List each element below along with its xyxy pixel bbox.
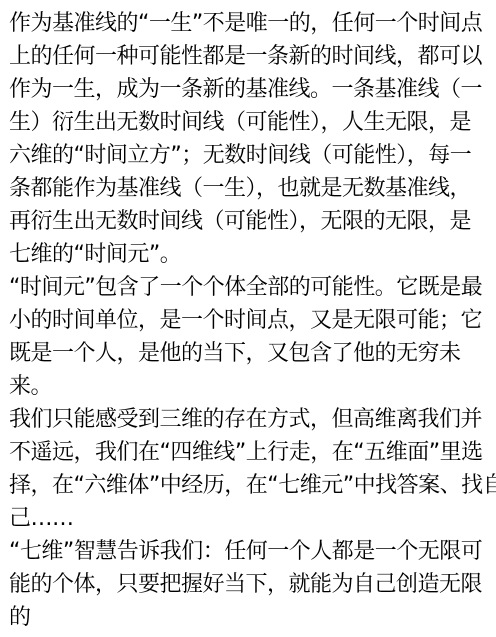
paragraph: “七维”智慧告诉我们：任何一个人都是一个无限可 能的个体，只要把握好当下，就能为… bbox=[9, 535, 488, 634]
text-line: 小的时间单位，是一个时间点，又是无限可能；它 bbox=[9, 304, 488, 337]
text-line: “时间元”包含了一个个体全部的可能性。它既是最 bbox=[9, 271, 488, 304]
text-line: 的 bbox=[9, 601, 488, 634]
text-line: 作为一生，成为一条新的基准线。一条基准线（一 bbox=[9, 73, 488, 106]
text-line: 上的任何一种可能性都是一条新的时间线，都可以 bbox=[9, 40, 488, 73]
text-line: 作为基准线的“一生”不是唯一的，任何一个时间点 bbox=[9, 7, 488, 40]
text-line: 再衍生出无数时间线（可能性），无限的无限，是 bbox=[9, 205, 488, 238]
text-line: 己…… bbox=[9, 502, 488, 535]
paragraph: 我们只能感受到三维的存在方式，但高维离我们并 不遥远，我们在“四维线”上行走，在… bbox=[9, 403, 488, 535]
document-page: 作为基准线的“一生”不是唯一的，任何一个时间点 上的任何一种可能性都是一条新的时… bbox=[0, 0, 496, 637]
text-line: 七维的“时间元”。 bbox=[9, 238, 488, 271]
article-body: 作为基准线的“一生”不是唯一的，任何一个时间点 上的任何一种可能性都是一条新的时… bbox=[0, 0, 496, 634]
text-line: “七维”智慧告诉我们：任何一个人都是一个无限可 bbox=[9, 535, 488, 568]
text-line: 能的个体，只要把握好当下，就能为自己创造无限 bbox=[9, 568, 488, 601]
text-line: 生）衍生出无数时间线（可能性），人生无限，是 bbox=[9, 106, 488, 139]
paragraph: 作为基准线的“一生”不是唯一的，任何一个时间点 上的任何一种可能性都是一条新的时… bbox=[9, 7, 488, 271]
text-line: 择，在“六维体”中经历，在“七维元”中找答案、找自 bbox=[9, 469, 488, 502]
text-line: 既是一个人，是他的当下，又包含了他的无穷未 bbox=[9, 337, 488, 370]
text-line: 六维的“时间立方”；无数时间线（可能性），每一 bbox=[9, 139, 488, 172]
text-line: 不遥远，我们在“四维线”上行走，在“五维面”里选 bbox=[9, 436, 488, 469]
paragraph: “时间元”包含了一个个体全部的可能性。它既是最 小的时间单位，是一个时间点，又是… bbox=[9, 271, 488, 403]
text-line: 来。 bbox=[9, 370, 488, 403]
text-line: 我们只能感受到三维的存在方式，但高维离我们并 bbox=[9, 403, 488, 436]
text-line: 条都能作为基准线（一生），也就是无数基准线， bbox=[9, 172, 488, 205]
